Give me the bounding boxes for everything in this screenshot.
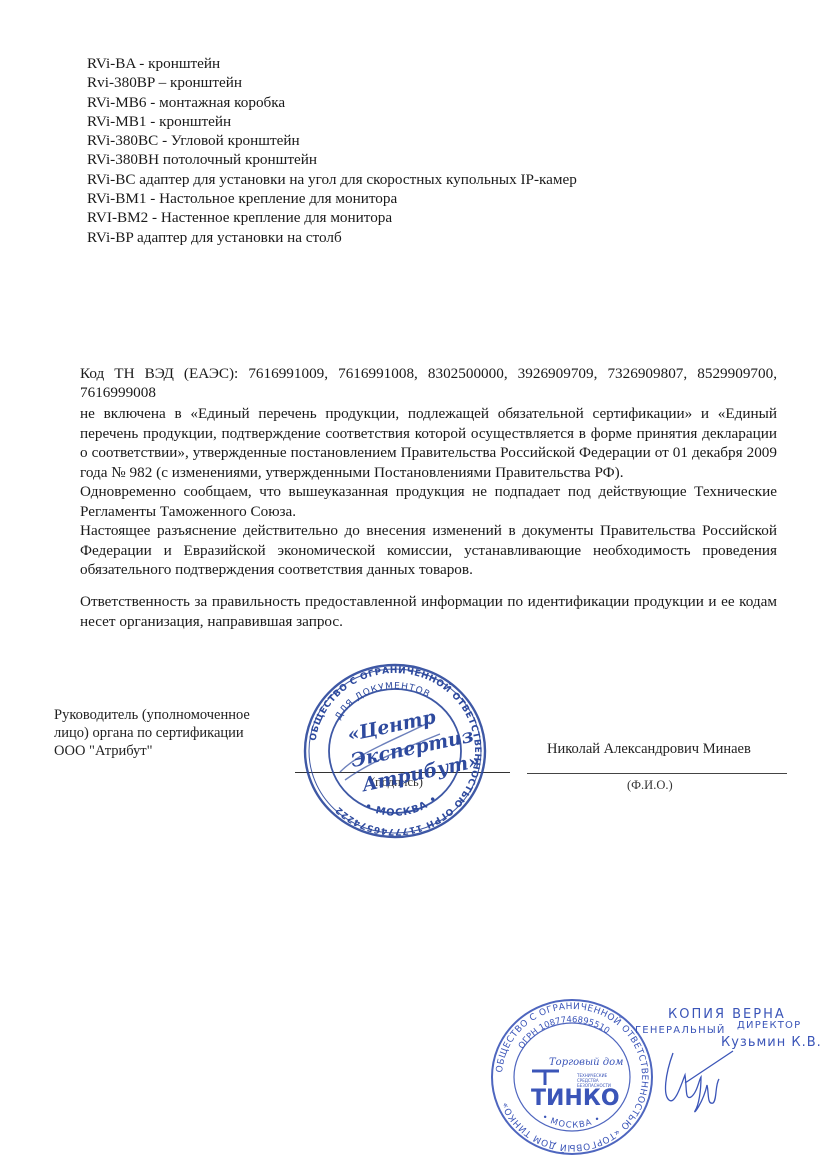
product-item: RVi-380BH потолочный кронштейн (87, 150, 577, 169)
validity-paragraph: Настоящее разъяснение действительно до в… (80, 521, 777, 580)
document-page: RVi-BA - кронштейн Rvi-380BP – кронштейн… (0, 0, 823, 1164)
product-item: RVi-380BC - Угловой кронштейн (87, 131, 577, 150)
tinko-stamp-icon: ОБЩЕСТВО С ОГРАНИЧЕННОЙ ОТВЕТСТВЕННОСТЬЮ… (487, 995, 657, 1155)
technical-regulations-text: Одновременно сообщаем, что вышеуказанная… (80, 482, 777, 521)
exclusion-text: не включена в «Единый перечень продукции… (80, 404, 777, 482)
responsibility-text: Ответственность за правильность предоста… (80, 592, 777, 631)
director-label: ДИРЕКТОР (737, 1020, 801, 1031)
tinko-stamp: ОБЩЕСТВО С ОГРАНИЧЕННОЙ ОТВЕТСТВЕННОСТЬЮ… (487, 995, 657, 1155)
product-item: Rvi-380BP – кронштейн (87, 73, 577, 92)
signatory-role-line: ООО "Атрибут" (54, 742, 250, 760)
product-item: RVI-BM2 - Настенное крепление для монито… (87, 208, 577, 227)
signatory-role-line: Руководитель (уполномоченное (54, 706, 250, 724)
technical-regulations-paragraph: Одновременно сообщаем, что вышеуказанная… (80, 482, 777, 521)
attribut-stamp: ОБЩЕСТВО С ОГРАНИЧЕННОЙ ОТВЕТСТВЕННОСТЬЮ… (300, 662, 490, 840)
product-item: RVi-BP адаптер для установки на столб (87, 228, 577, 247)
exclusion-paragraph: не включена в «Единый перечень продукции… (80, 404, 777, 482)
hs-codes-text: Код ТН ВЭД (ЕАЭС): 7616991009, 761699100… (80, 364, 777, 403)
general-label: ГЕНЕРАЛЬНЫЙ (635, 1025, 726, 1036)
attribut-stamp-icon: ОБЩЕСТВО С ОГРАНИЧЕННОЙ ОТВЕТСТВЕННОСТЬЮ… (300, 662, 490, 840)
product-item: RVi-BC адаптер для установки на угол для… (87, 170, 577, 189)
product-item: RVi-MB6 - монтажная коробка (87, 93, 577, 112)
svg-text:Торговый дом: Торговый дом (549, 1057, 623, 1068)
product-item: RVi-BM1 - Настольное крепление для монит… (87, 189, 577, 208)
signatory-name: Николай Александрович Минаев (547, 741, 751, 758)
product-list: RVi-BA - кронштейн Rvi-380BP – кронштейн… (87, 54, 577, 247)
product-item: RVi-MB1 - кронштейн (87, 112, 577, 131)
responsibility-paragraph: Ответственность за правильность предоста… (80, 592, 777, 631)
name-caption: (Ф.И.О.) (627, 778, 673, 793)
signatory-role-line: лицо) органа по сертификации (54, 724, 250, 742)
signatory-role: Руководитель (уполномоченное лицо) орган… (54, 706, 250, 760)
validity-text: Настоящее разъяснение действительно до в… (80, 521, 777, 580)
name-line (527, 773, 787, 774)
hs-codes-paragraph: Код ТН ВЭД (ЕАЭС): 7616991009, 761699100… (80, 344, 777, 403)
product-item: RVi-BA - кронштейн (87, 54, 577, 73)
svg-text:ТИНКО: ТИНКО (531, 1086, 620, 1111)
director-signature-icon (655, 1045, 745, 1120)
svg-text:• МОСКВА •: • МОСКВА • (363, 793, 440, 819)
